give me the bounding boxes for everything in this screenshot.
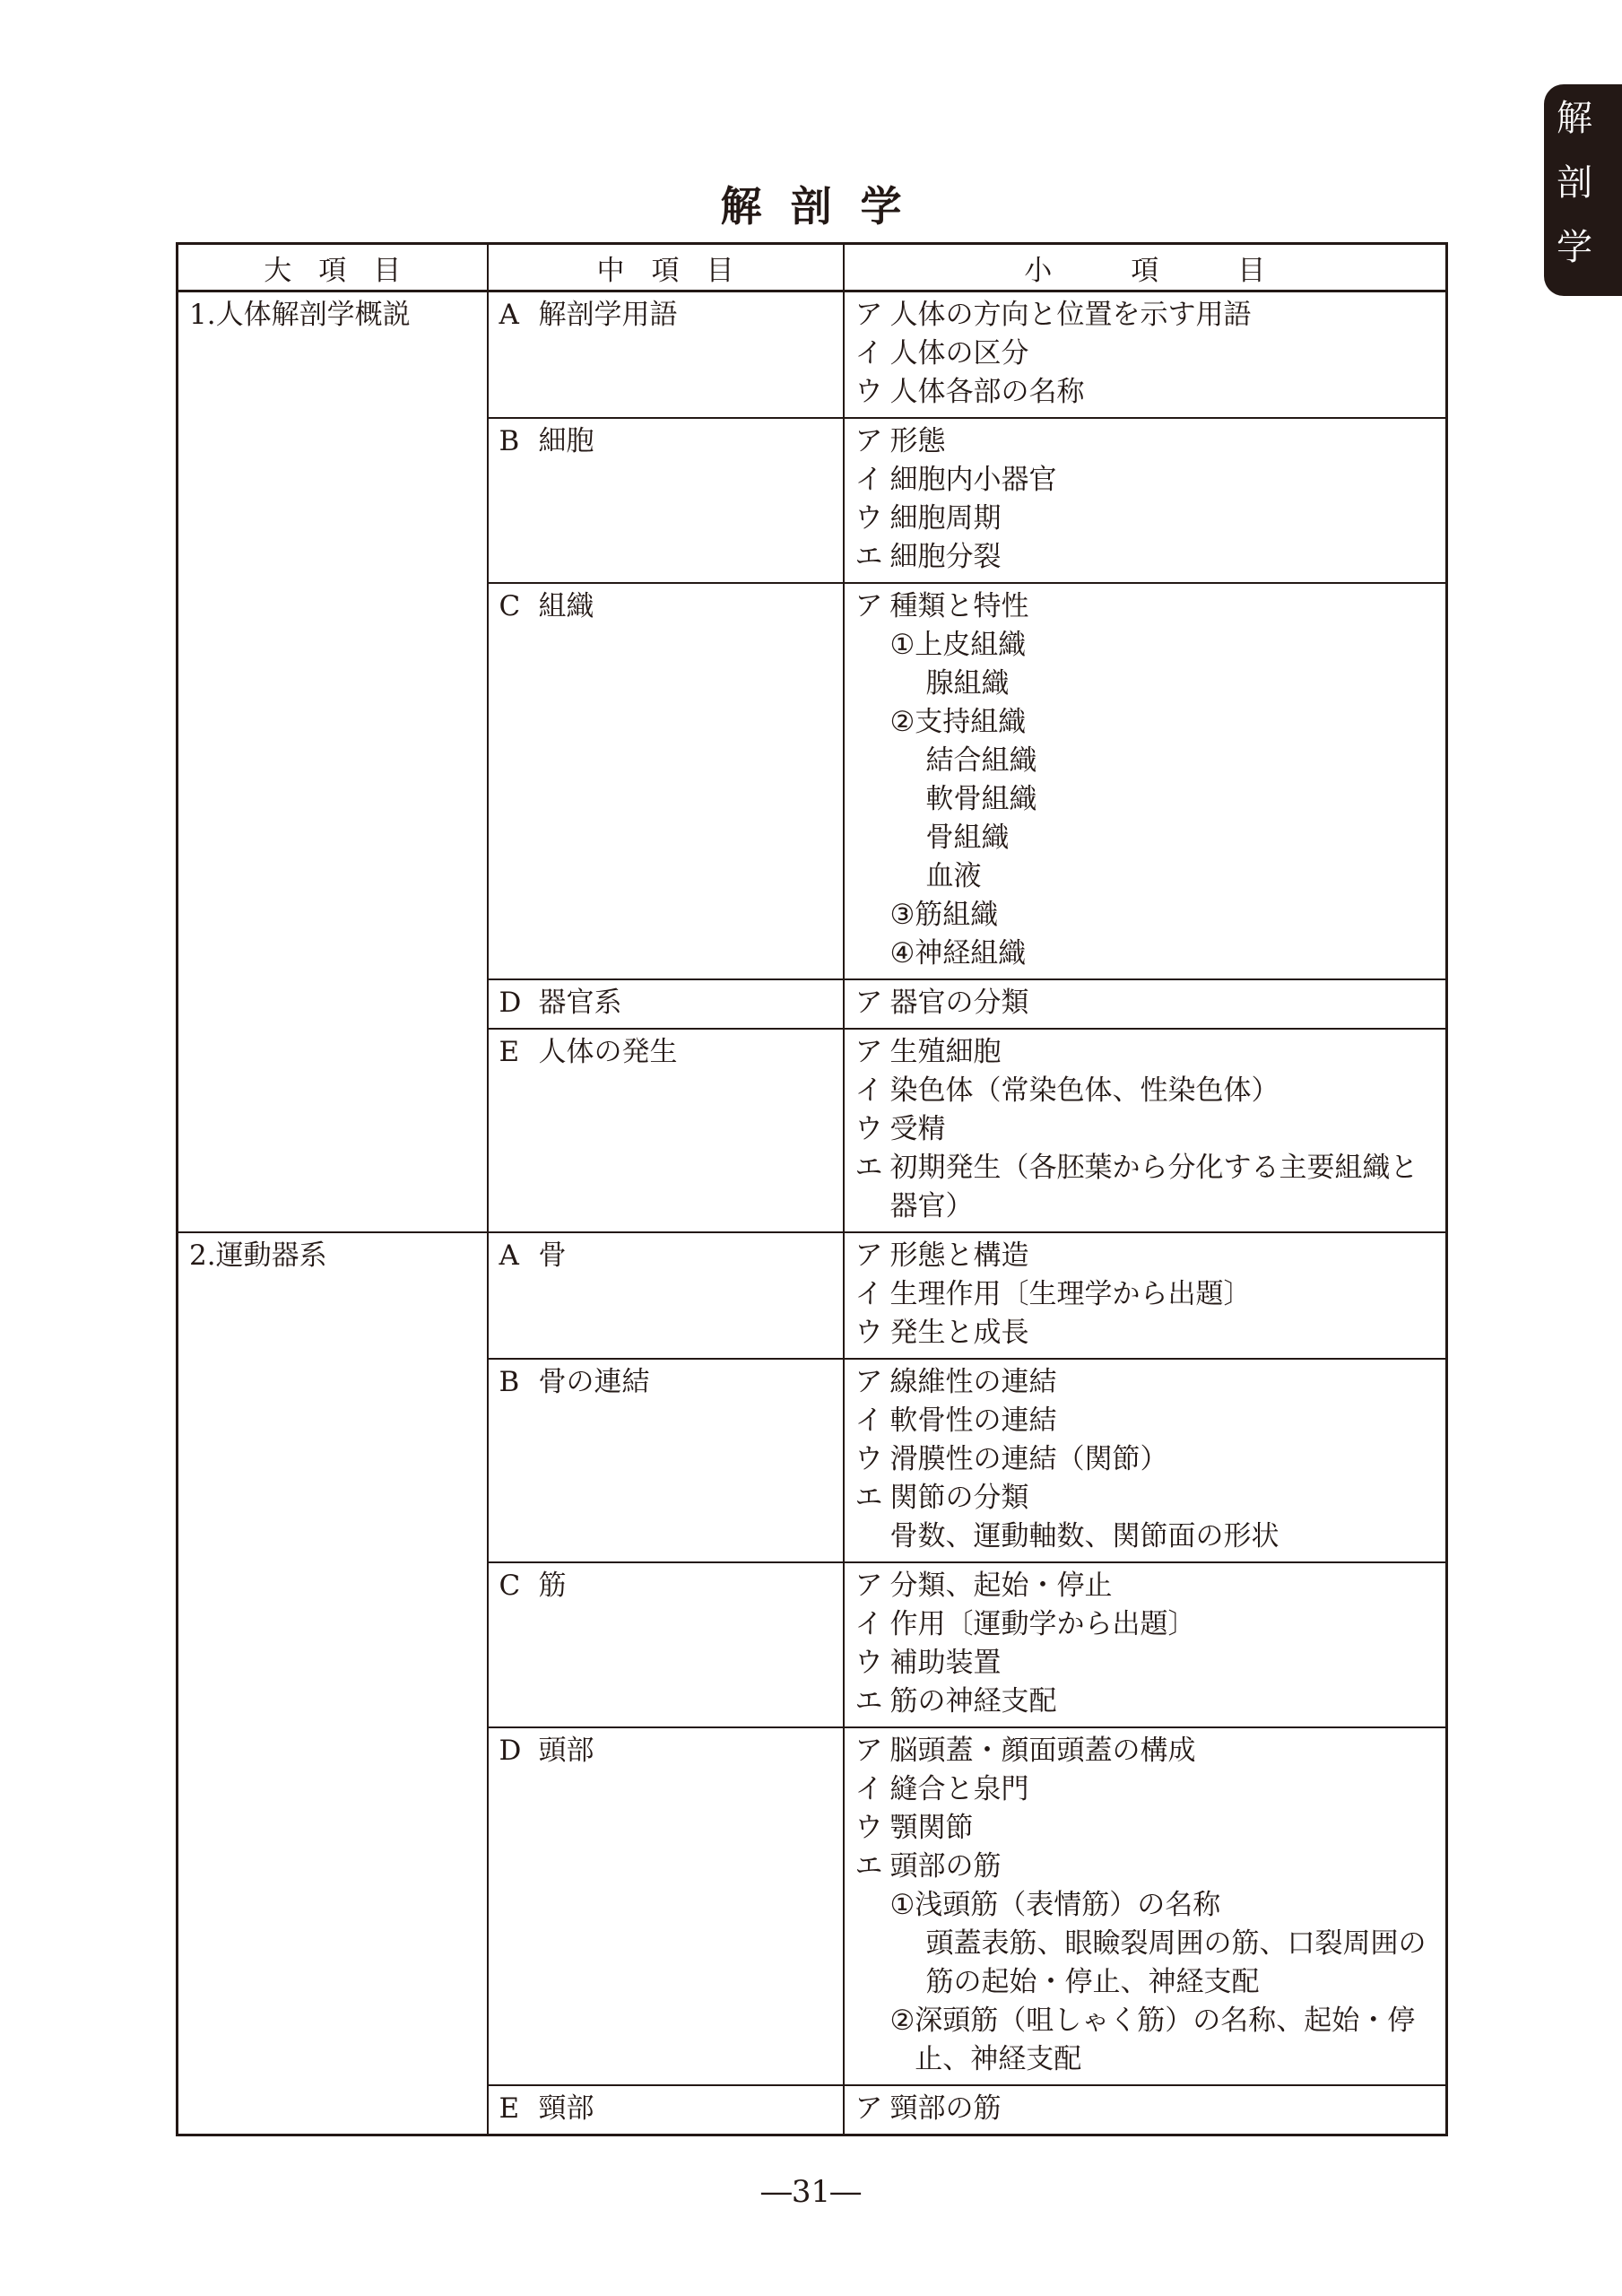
sub-item-text: 支持組織 — [915, 703, 1438, 742]
sub-item: ④神経組織 — [855, 935, 1439, 973]
minor-items: ア脳頭蓋・顔面頭蓋の構成 イ縫合と泉門 ウ顎関節 エ頭部の筋 ①浅頭筋（表情筋）… — [844, 1727, 1447, 2085]
middle-item-label: D — [499, 984, 539, 1022]
minor-item-text: 作用〔運動学から出題〕 — [890, 1605, 1439, 1644]
middle-item-label: B — [499, 422, 539, 461]
minor-item: ア人体の方向と位置を示す用語 — [855, 296, 1439, 335]
minor-item-label: ア — [855, 1567, 890, 1605]
minor-item-label: ア — [855, 1237, 890, 1275]
minor-item: イ縫合と泉門 — [855, 1770, 1439, 1809]
minor-item-label: ウ — [855, 1809, 890, 1848]
minor-item-text: 分類、起始・停止 — [890, 1567, 1439, 1605]
sub-item: ①浅頭筋（表情筋）の名称 — [855, 1886, 1439, 1925]
minor-item: エ筋の神経支配 — [855, 1683, 1439, 1721]
header-middle: 中項目 — [488, 244, 844, 291]
middle-item: A骨 — [488, 1232, 844, 1359]
minor-item-label: ア — [855, 1732, 890, 1770]
sub-item: ①上皮組織 — [855, 626, 1439, 665]
header-minor-label: 小項目 — [945, 248, 1344, 288]
minor-item-text: 滑膜性の連結（関節） — [890, 1440, 1439, 1479]
header-minor: 小項目 — [844, 244, 1447, 291]
minor-item-detail: 骨数、運動軸数、関節面の形状 — [855, 1518, 1439, 1556]
minor-item: ア種類と特性 — [855, 587, 1439, 626]
middle-item-label: E — [499, 1033, 539, 1072]
side-tab-char: 学 — [1557, 230, 1622, 294]
minor-item-text: 縫合と泉門 — [890, 1770, 1439, 1809]
minor-item-text: 生理作用〔生理学から出題〕 — [890, 1275, 1439, 1314]
minor-item-text: 頸部の筋 — [890, 2090, 1439, 2128]
minor-items: ア器官の分類 — [844, 979, 1447, 1029]
middle-item-label: A — [499, 1237, 539, 1275]
minor-item-text: 頭部の筋 — [890, 1848, 1439, 1886]
middle-item-label: D — [499, 1732, 539, 1770]
minor-item: ア生殖細胞 — [855, 1033, 1439, 1072]
minor-item-text: 器官の分類 — [890, 984, 1439, 1022]
middle-item-text: 組織 — [539, 590, 594, 622]
minor-item-label: エ — [855, 1848, 890, 1886]
minor-item-text: 発生と成長 — [890, 1314, 1439, 1352]
minor-item-label: ウ — [855, 373, 890, 412]
middle-item: C組織 — [488, 583, 844, 979]
minor-item-text: 顎関節 — [890, 1809, 1439, 1848]
minor-item: ア形態 — [855, 422, 1439, 461]
minor-item-label: ア — [855, 984, 890, 1022]
middle-item: D頭部 — [488, 1727, 844, 2085]
minor-item-text: 補助装置 — [890, 1644, 1439, 1683]
minor-item: エ頭部の筋 — [855, 1848, 1439, 1886]
sub-item-child: 血液 — [855, 857, 1439, 896]
minor-item: イ細胞内小器官 — [855, 461, 1439, 500]
minor-item-text: 細胞周期 — [890, 500, 1439, 538]
middle-item-label: C — [499, 1567, 539, 1605]
minor-item-label: イ — [855, 335, 890, 373]
minor-item: エ細胞分裂 — [855, 538, 1439, 577]
minor-item-text: 筋の神経支配 — [890, 1683, 1439, 1721]
minor-item-label: エ — [855, 1149, 890, 1226]
middle-item: B細胞 — [488, 418, 844, 583]
minor-item-label: イ — [855, 461, 890, 500]
minor-item-label: ア — [855, 1363, 890, 1402]
minor-item: ア分類、起始・停止 — [855, 1567, 1439, 1605]
minor-item: ウ人体各部の名称 — [855, 373, 1439, 412]
middle-item-text: 骨 — [539, 1239, 567, 1272]
minor-item-text: 軟骨性の連結 — [890, 1402, 1439, 1440]
middle-item-label: C — [499, 587, 539, 626]
minor-items: ア形態 イ細胞内小器官 ウ細胞周期 エ細胞分裂 — [844, 418, 1447, 583]
minor-item-text: 種類と特性 — [890, 587, 1439, 626]
minor-item-text: 人体の区分 — [890, 335, 1439, 373]
sub-item: ③筋組織 — [855, 896, 1439, 935]
minor-item: ア脳頭蓋・顔面頭蓋の構成 — [855, 1732, 1439, 1770]
minor-item: イ軟骨性の連結 — [855, 1402, 1439, 1440]
middle-item-label: A — [499, 296, 539, 335]
minor-item-text: 細胞分裂 — [890, 538, 1439, 577]
minor-item-label: ウ — [855, 1110, 890, 1149]
minor-item: イ染色体（常染色体、性染色体） — [855, 1072, 1439, 1110]
minor-item: エ関節の分類 — [855, 1479, 1439, 1518]
minor-item-label: エ — [855, 1683, 890, 1721]
minor-item-label: イ — [855, 1275, 890, 1314]
minor-item-label: イ — [855, 1072, 890, 1110]
minor-item-label: イ — [855, 1605, 890, 1644]
sub-item-detail: 頭蓋表筋、眼瞼裂周囲の筋、口裂周囲の筋の起始・停止、神経支配 — [855, 1925, 1439, 2002]
middle-item: C筋 — [488, 1562, 844, 1727]
minor-item-label: ウ — [855, 1314, 890, 1352]
sub-item-number: ③ — [890, 896, 915, 935]
sub-item-text: 深頭筋（咀しゃく筋）の名称、起始・停止、神経支配 — [915, 2002, 1438, 2079]
sub-item-text: 神経組織 — [915, 935, 1438, 973]
minor-items: ア種類と特性 ①上皮組織 腺組織 ②支持組織 結合組織 軟骨組織 骨組織 血液 … — [844, 583, 1447, 979]
table-row: 1.人体解剖学概説 A解剖学用語 ア人体の方向と位置を示す用語 イ人体の区分 ウ… — [178, 291, 1447, 419]
minor-item: ウ補助装置 — [855, 1644, 1439, 1683]
middle-item: D器官系 — [488, 979, 844, 1029]
minor-item-text: 細胞内小器官 — [890, 461, 1439, 500]
minor-item-text: 関節の分類 — [890, 1479, 1439, 1518]
minor-item-label: ウ — [855, 1440, 890, 1479]
sub-item-number: ② — [890, 2002, 915, 2079]
minor-item-text: 形態と構造 — [890, 1237, 1439, 1275]
minor-item: ウ顎関節 — [855, 1809, 1439, 1848]
minor-item: ア器官の分類 — [855, 984, 1439, 1022]
minor-items: ア分類、起始・停止 イ作用〔運動学から出題〕 ウ補助装置 エ筋の神経支配 — [844, 1562, 1447, 1727]
minor-item-label: ア — [855, 1033, 890, 1072]
middle-item: A解剖学用語 — [488, 291, 844, 419]
middle-item-label: E — [499, 2090, 539, 2128]
minor-item: イ作用〔運動学から出題〕 — [855, 1605, 1439, 1644]
side-tab-char: 解 — [1557, 100, 1622, 165]
sub-item-number: ① — [890, 1886, 915, 1925]
sub-item-text: 浅頭筋（表情筋）の名称 — [915, 1886, 1438, 1925]
minor-item-indent — [855, 1518, 890, 1556]
major-item: 2.運動器系 — [178, 1232, 488, 2135]
minor-item-text: 受精 — [890, 1110, 1439, 1149]
middle-item-text: 人体の発生 — [539, 1036, 678, 1068]
header-major: 大項目 — [178, 244, 488, 291]
minor-item-label: ウ — [855, 500, 890, 538]
middle-item-label: B — [499, 1363, 539, 1402]
minor-items: ア線維性の連結 イ軟骨性の連結 ウ滑膜性の連結（関節） エ関節の分類 骨数、運動… — [844, 1359, 1447, 1562]
minor-item: ア形態と構造 — [855, 1237, 1439, 1275]
sub-item-child: 腺組織 — [855, 665, 1439, 703]
sub-item-number: ② — [890, 703, 915, 742]
middle-item-text: 頭部 — [539, 1735, 594, 1767]
minor-items: ア生殖細胞 イ染色体（常染色体、性染色体） ウ受精 エ初期発生（各胚葉から分化す… — [844, 1029, 1447, 1232]
minor-items: ア形態と構造 イ生理作用〔生理学から出題〕 ウ発生と成長 — [844, 1232, 1447, 1359]
minor-item-label: イ — [855, 1402, 890, 1440]
page-number: ―31― — [0, 2172, 1622, 2212]
header-middle-label: 中項目 — [570, 248, 761, 288]
sub-item: ②支持組織 — [855, 703, 1439, 742]
middle-item-text: 解剖学用語 — [539, 299, 678, 331]
syllabus-table: 大項目 中項目 小項目 1.人体解剖学概説 A解剖学用語 ア人体の方向と位置を示… — [176, 242, 1448, 2136]
minor-item: ウ滑膜性の連結（関節） — [855, 1440, 1439, 1479]
major-item: 1.人体解剖学概説 — [178, 291, 488, 1233]
minor-item: エ初期発生（各胚葉から分化する主要組織と器官） — [855, 1149, 1439, 1226]
minor-item: ア頸部の筋 — [855, 2090, 1439, 2128]
table-row: 2.運動器系 A骨 ア形態と構造 イ生理作用〔生理学から出題〕 ウ発生と成長 — [178, 1232, 1447, 1359]
minor-item-label: エ — [855, 538, 890, 577]
middle-item-text: 筋 — [539, 1570, 567, 1602]
middle-item-text: 頸部 — [539, 2092, 594, 2125]
minor-item-text: 人体の方向と位置を示す用語 — [890, 296, 1439, 335]
minor-item: イ生理作用〔生理学から出題〕 — [855, 1275, 1439, 1314]
page-title: 解剖学 — [0, 179, 1622, 233]
minor-item: ウ受精 — [855, 1110, 1439, 1149]
middle-item-text: 骨の連結 — [539, 1366, 650, 1398]
minor-item-label: ア — [855, 587, 890, 626]
minor-item: ウ細胞周期 — [855, 500, 1439, 538]
minor-item-text: 脳頭蓋・顔面頭蓋の構成 — [890, 1732, 1439, 1770]
minor-item: イ人体の区分 — [855, 335, 1439, 373]
minor-item-label: イ — [855, 1770, 890, 1809]
minor-items: ア頸部の筋 — [844, 2085, 1447, 2135]
minor-item-text: 初期発生（各胚葉から分化する主要組織と器官） — [890, 1149, 1439, 1226]
minor-item-label: ア — [855, 422, 890, 461]
sub-item-child: 結合組織 — [855, 742, 1439, 780]
minor-item: ウ発生と成長 — [855, 1314, 1439, 1352]
sub-item-text: 筋組織 — [915, 896, 1438, 935]
minor-item-label: ウ — [855, 1644, 890, 1683]
middle-item-text: 器官系 — [539, 987, 622, 1019]
minor-item-label: ア — [855, 296, 890, 335]
middle-item: E頸部 — [488, 2085, 844, 2135]
minor-item-text: 染色体（常染色体、性染色体） — [890, 1072, 1439, 1110]
minor-items: ア人体の方向と位置を示す用語 イ人体の区分 ウ人体各部の名称 — [844, 291, 1447, 419]
minor-item-label: ア — [855, 2090, 890, 2128]
minor-item-text: 線維性の連結 — [890, 1363, 1439, 1402]
minor-item-text: 形態 — [890, 422, 1439, 461]
sub-item-number: ④ — [890, 935, 915, 973]
table-header-row: 大項目 中項目 小項目 — [178, 244, 1447, 291]
minor-item-text: 人体各部の名称 — [890, 373, 1439, 412]
minor-item-text: 生殖細胞 — [890, 1033, 1439, 1072]
middle-item-text: 細胞 — [539, 425, 594, 457]
sub-item-text: 上皮組織 — [915, 626, 1438, 665]
minor-item-detail-text: 骨数、運動軸数、関節面の形状 — [890, 1518, 1439, 1556]
minor-item-label: エ — [855, 1479, 890, 1518]
sub-item: ②深頭筋（咀しゃく筋）の名称、起始・停止、神経支配 — [855, 2002, 1439, 2079]
sub-item-number: ① — [890, 626, 915, 665]
middle-item: E人体の発生 — [488, 1029, 844, 1232]
middle-item: B骨の連結 — [488, 1359, 844, 1562]
sub-item-child: 骨組織 — [855, 819, 1439, 857]
header-major-label: 大項目 — [237, 248, 428, 288]
minor-item: ア線維性の連結 — [855, 1363, 1439, 1402]
sub-item-child: 軟骨組織 — [855, 780, 1439, 819]
